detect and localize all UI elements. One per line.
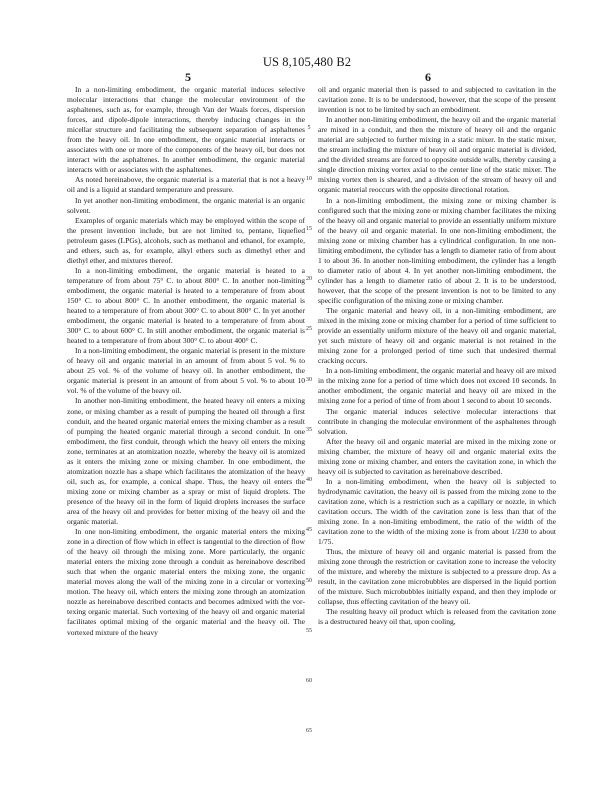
paragraph: In another non-limiting embodiment, the …: [67, 396, 305, 527]
line-number: 10: [302, 176, 316, 182]
paragraph: After the heavy oil and organic material…: [318, 437, 556, 477]
paragraph: The organic material and heavy oil, in a…: [318, 306, 556, 366]
paragraph: As noted hereinabove, the organic materi…: [67, 175, 305, 195]
line-number: 60: [302, 678, 316, 684]
paragraph: The resulting heavy oil product which is…: [318, 607, 556, 627]
paragraph: In yet another non-limiting embodiment, …: [67, 196, 305, 216]
patent-number: US 8,105,480 B2: [0, 55, 614, 70]
paragraph: In a non-limiting embodiment, when the h…: [318, 477, 556, 547]
paragraph-continuation: oil and organic material then is passed …: [318, 85, 556, 115]
paragraph: In one non-limiting embodiment, the orga…: [67, 527, 305, 638]
paragraph: In another non-limiting embodiment, the …: [318, 115, 556, 195]
line-number: 40: [302, 477, 316, 483]
paragraph: In a non-limiting embodiment, the organi…: [318, 366, 556, 406]
paragraph: The organic material induces selective m…: [318, 407, 556, 437]
right-text-column: oil and organic material then is passed …: [318, 85, 556, 628]
paragraph: In a non-limiting embodiment, the organi…: [67, 346, 305, 396]
paragraph: In a non-limiting embodiment, the mixing…: [318, 196, 556, 307]
paragraph: Thus, the mixture of heavy oil and organ…: [318, 547, 556, 607]
line-number: 30: [302, 377, 316, 383]
paragraph: In a non-limiting embodiment, the organi…: [67, 85, 305, 175]
paragraph: In a non-limiting embodiment, the organi…: [67, 266, 305, 346]
line-number: 5: [302, 125, 316, 131]
left-text-column: In a non-limiting embodiment, the organi…: [67, 85, 305, 638]
line-number: 65: [302, 728, 316, 734]
line-number: 15: [302, 226, 316, 232]
line-number: 45: [302, 527, 316, 533]
line-number: 35: [302, 427, 316, 433]
line-number: 20: [302, 276, 316, 282]
line-number: 55: [302, 628, 316, 634]
right-column-number: 6: [408, 70, 448, 85]
line-number: 50: [302, 578, 316, 584]
line-number: 25: [302, 326, 316, 332]
left-column-number: 5: [168, 70, 208, 85]
paragraph: Examples of organic materials which may …: [67, 216, 305, 266]
